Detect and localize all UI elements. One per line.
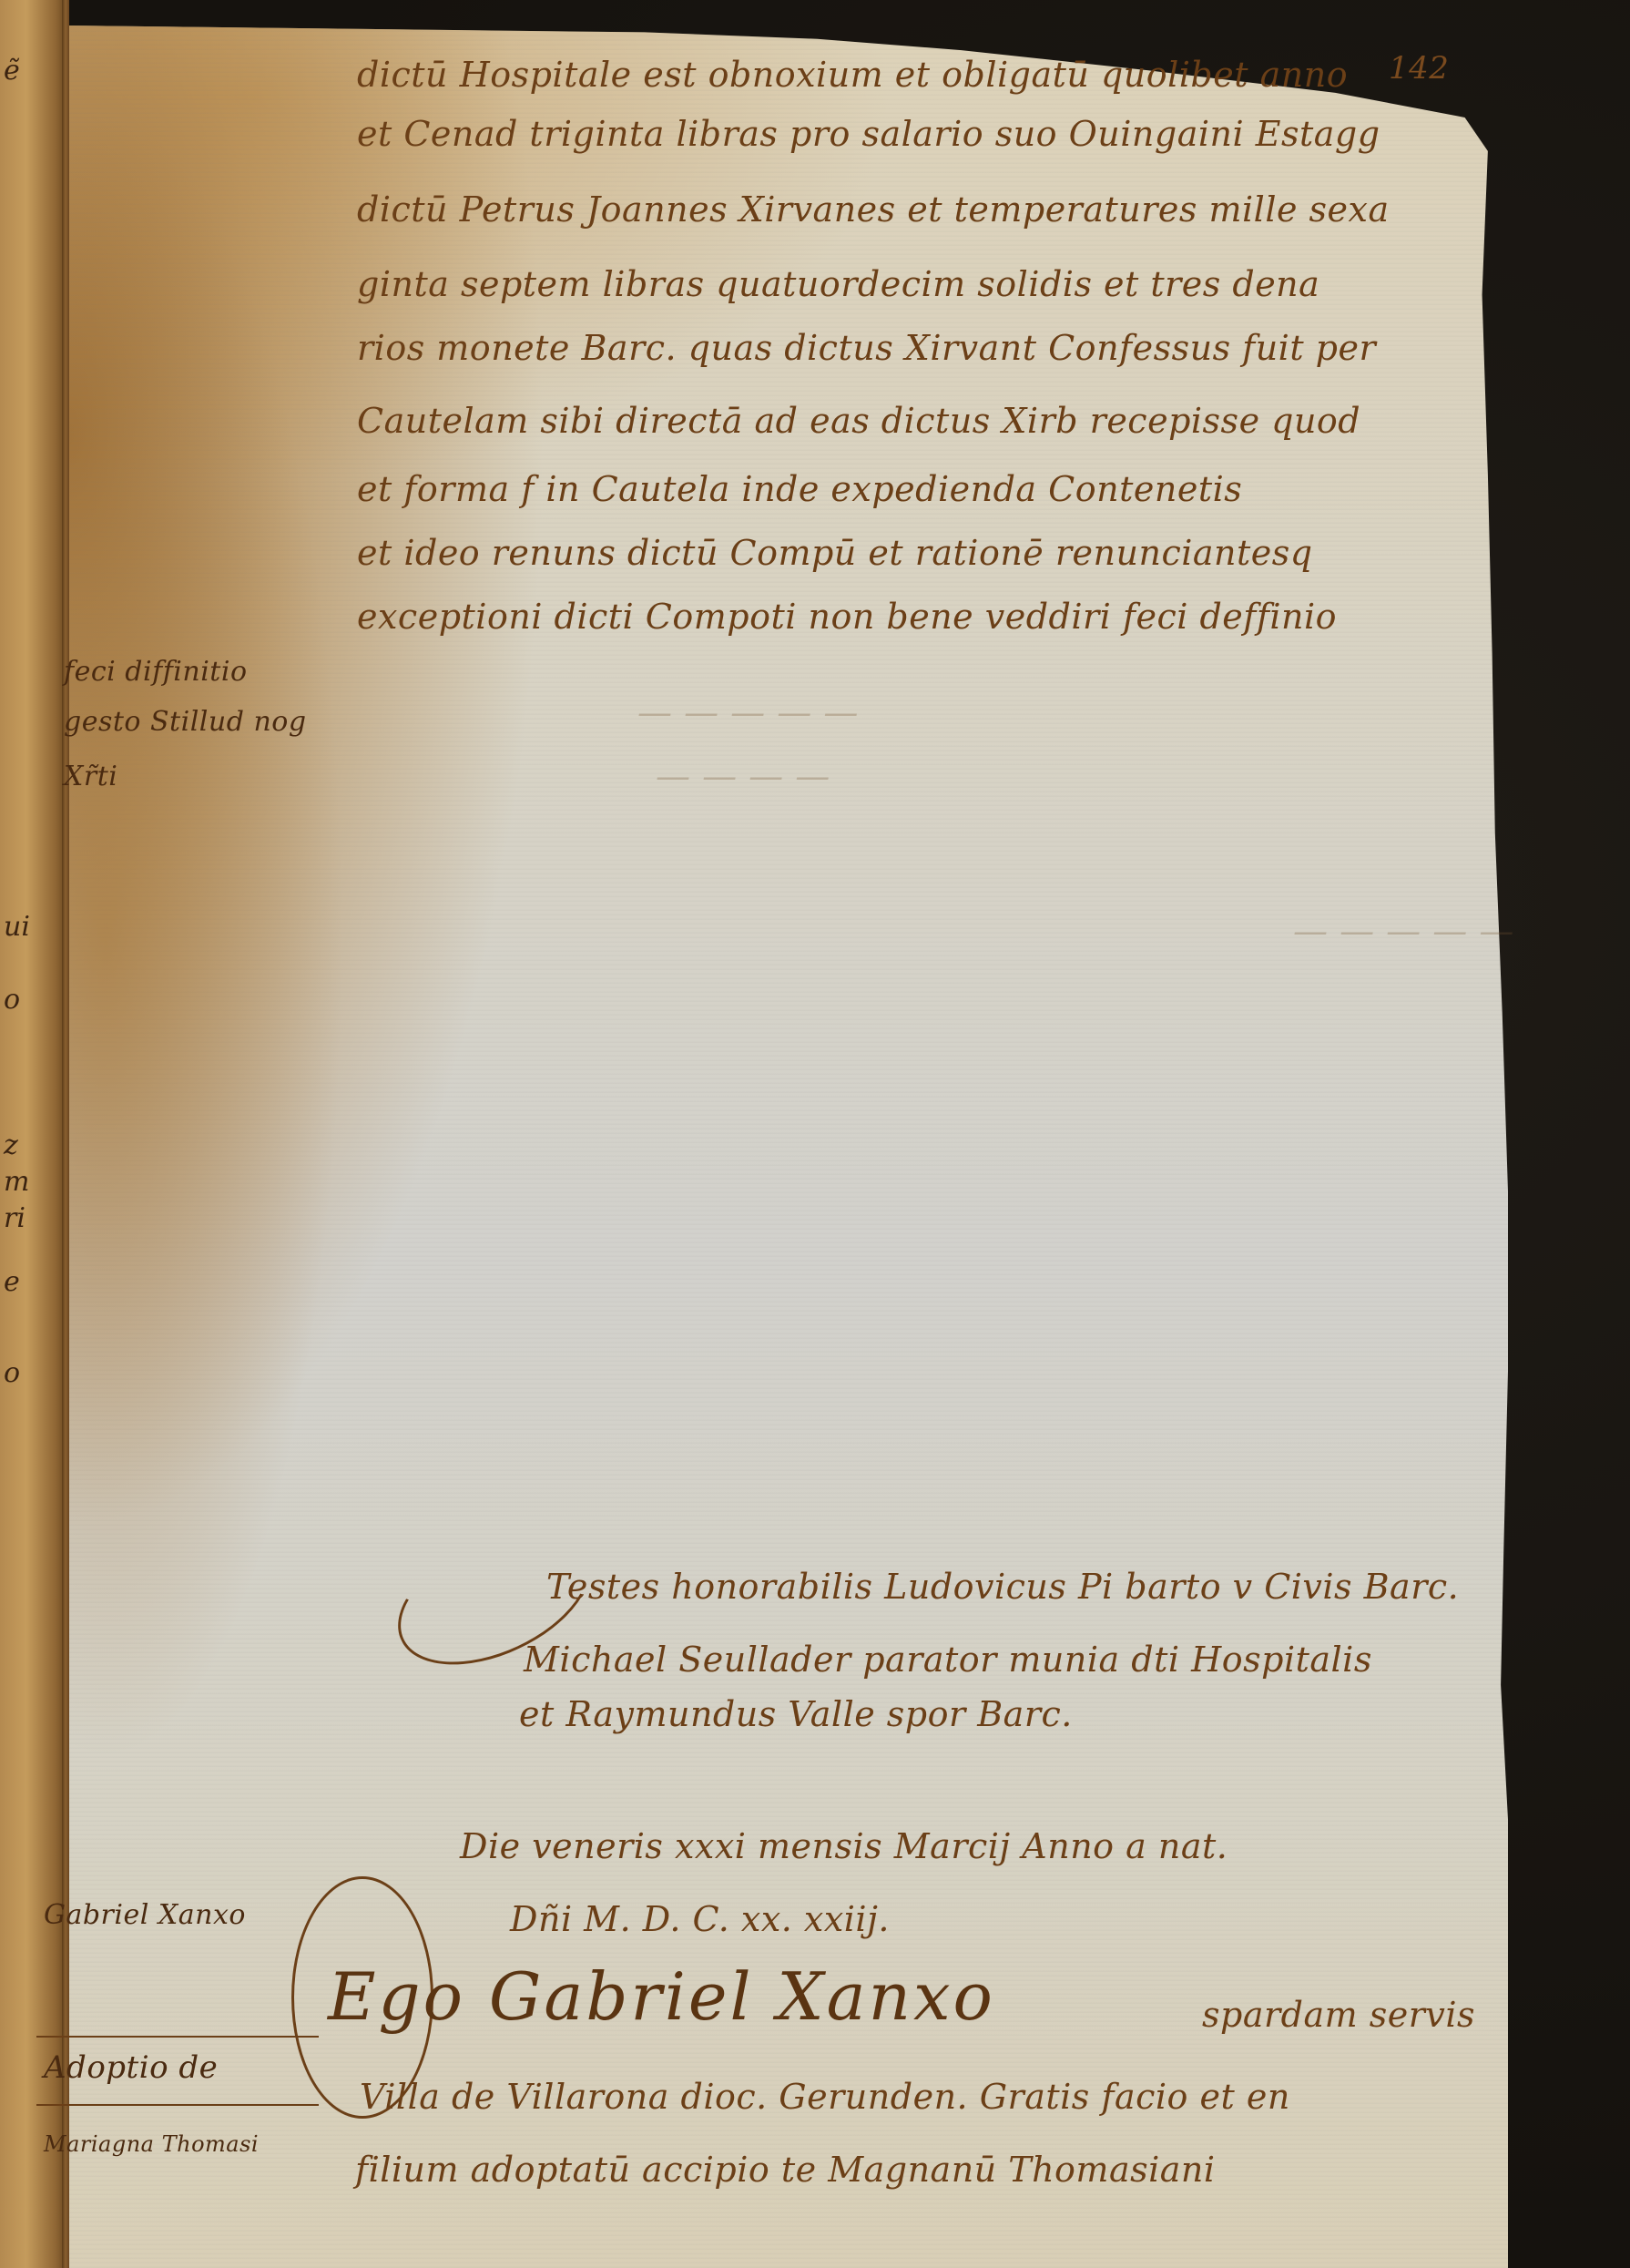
prev-page-fragment: o <box>4 1357 20 1389</box>
text-line: rios monete Barc. quas dictus Xirvant Co… <box>357 328 1376 368</box>
faint-line: — — — — — <box>1293 911 1514 951</box>
margin-rule <box>36 2036 319 2038</box>
text-line: Cautelam sibi directā ad eas dictus Xirb… <box>357 401 1360 441</box>
text-line: ginta septem libras quatuordecim solidis… <box>357 264 1319 304</box>
witness-line: Michael Seullader parator munia dti Hosp… <box>524 1640 1372 1680</box>
text-line: exceptioni dicti Compoti non bene veddir… <box>357 597 1337 637</box>
prev-page-fragment: ui <box>4 911 30 943</box>
text-line: dictū Petrus Joannes Xirvanes et tempera… <box>357 189 1390 230</box>
margin-note-line: gesto Stillud nog <box>64 706 307 738</box>
text-line: dictū Hospitale est obnoxium et obligatū… <box>357 55 1348 95</box>
faint-line: — — — — <box>656 756 830 796</box>
adoption-line: Villa de Villarona dioc. Gerunden. Grati… <box>360 2077 1290 2117</box>
margin-note-line: feci diffinitio <box>64 656 248 688</box>
adoption-line: filium adoptatū accipio te Magnanū Thoma… <box>355 2150 1216 2190</box>
date-line: Dñi M. D. C. xx. xxiij. <box>510 1899 890 1939</box>
prev-page-fragment: ẽ <box>4 55 20 87</box>
adoption-heading: Ego Gabriel Xanxo <box>328 1958 995 2035</box>
prev-page-fragment: m <box>4 1166 29 1198</box>
margin-note-line: Xr̃ti <box>64 761 117 792</box>
margin-note-line: Mariagna Thomasi <box>44 2131 259 2157</box>
manuscript-scene: ẽ ui o z m ri e o 142 dictū Hospitale es… <box>0 0 1630 2268</box>
folio-number: 142 <box>1389 50 1449 87</box>
prev-page-fragment: o <box>4 984 20 1016</box>
text-line: et forma f in Cautela inde expedienda Co… <box>357 469 1242 509</box>
adoption-heading-tail: spardam servis <box>1202 1995 1475 2035</box>
prev-page-fragment: ri <box>4 1202 25 1234</box>
prev-page-fragment: e <box>4 1266 20 1298</box>
witness-line: et Raymundus Valle spor Barc. <box>519 1694 1073 1734</box>
text-line: et Cenad triginta libras pro salario suo… <box>357 114 1380 154</box>
date-line: Die veneris xxxi mensis Marcij Anno a na… <box>460 1826 1228 1866</box>
witness-line: Testes honorabilis Ludovicus Pi barto v … <box>546 1567 1459 1607</box>
margin-rule <box>36 2104 319 2106</box>
faint-line: — — — — — <box>637 692 859 732</box>
prev-page-fragment: z <box>4 1129 18 1161</box>
margin-note-line: Adoptio de <box>44 2049 218 2086</box>
margin-note-line: Gabriel Xanxo <box>44 1899 246 1931</box>
text-line: et ideo renuns dictū Compū et rationē re… <box>357 533 1313 573</box>
